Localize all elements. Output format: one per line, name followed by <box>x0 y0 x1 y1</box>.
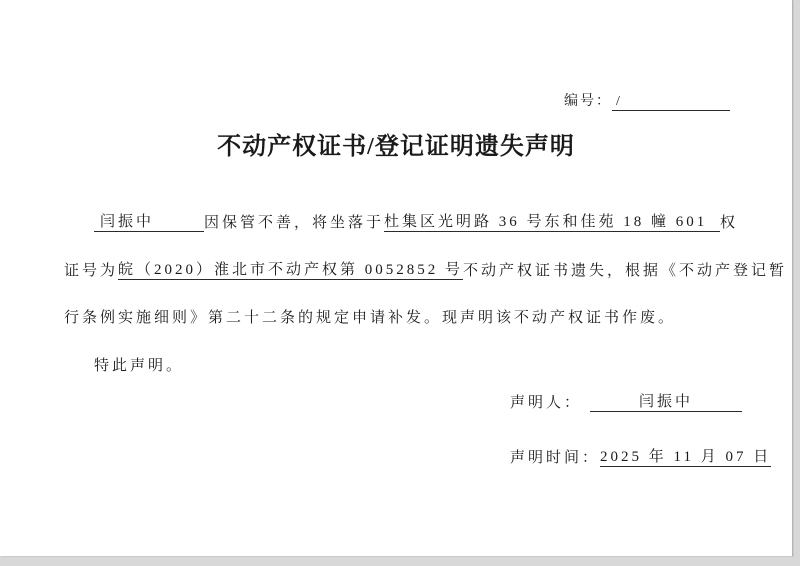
document-title: 不动产权证书/登记证明遗失声明 <box>0 126 792 161</box>
body-line1-end: 权 <box>720 211 738 232</box>
declarant-row: 声明人：闫振中 <box>510 390 771 412</box>
body-closing: 特此声明。 <box>64 342 738 390</box>
body-line2-suffix: 不动产权证书遗失，根据《不动产登记暂 <box>463 259 787 280</box>
certificate-number-field: 皖（2020）淮北市不动产权第 0052852 号 <box>118 258 463 280</box>
declarant-label: 声明人： <box>510 391 582 412</box>
body-text-after-name: 因保管不善，将坐落于 <box>204 211 384 232</box>
body-line-2: 证号为皖（2020）淮北市不动产权第 0052852 号不动产权证书遗失，根据《… <box>64 246 738 294</box>
declaration-body: 闫振中因保管不善，将坐落于杜集区光明路 36 号东和佳苑 18 幢 601权 证… <box>64 198 738 390</box>
document-page: 编号：/ 不动产权证书/登记证明遗失声明 闫振中因保管不善，将坐落于杜集区光明路… <box>0 0 793 556</box>
document-number-field: / <box>612 94 730 111</box>
declarant-name-field: 闫振中 <box>94 210 204 232</box>
body-line2-prefix: 证号为 <box>64 259 118 280</box>
declaration-date-field: 2025 年 11 月 07 日 <box>600 445 771 467</box>
signature-block: 声明人：闫振中 声明时间：2025 年 11 月 07 日 <box>510 390 771 467</box>
document-number-label: 编号： <box>564 94 612 109</box>
property-address-field: 杜集区光明路 36 号东和佳苑 18 幢 601 <box>384 210 720 232</box>
declaration-date-row: 声明时间：2025 年 11 月 07 日 <box>510 445 771 467</box>
declarant-signature-field: 闫振中 <box>590 390 742 412</box>
declaration-date-label: 声明时间： <box>510 446 600 467</box>
body-line-1: 闫振中因保管不善，将坐落于杜集区光明路 36 号东和佳苑 18 幢 601权 <box>64 198 738 246</box>
document-number-row: 编号：/ <box>542 74 730 127</box>
body-line-3: 行条例实施细则》第二十二条的规定申请补发。现声明该不动产权证书作废。 <box>64 294 738 342</box>
